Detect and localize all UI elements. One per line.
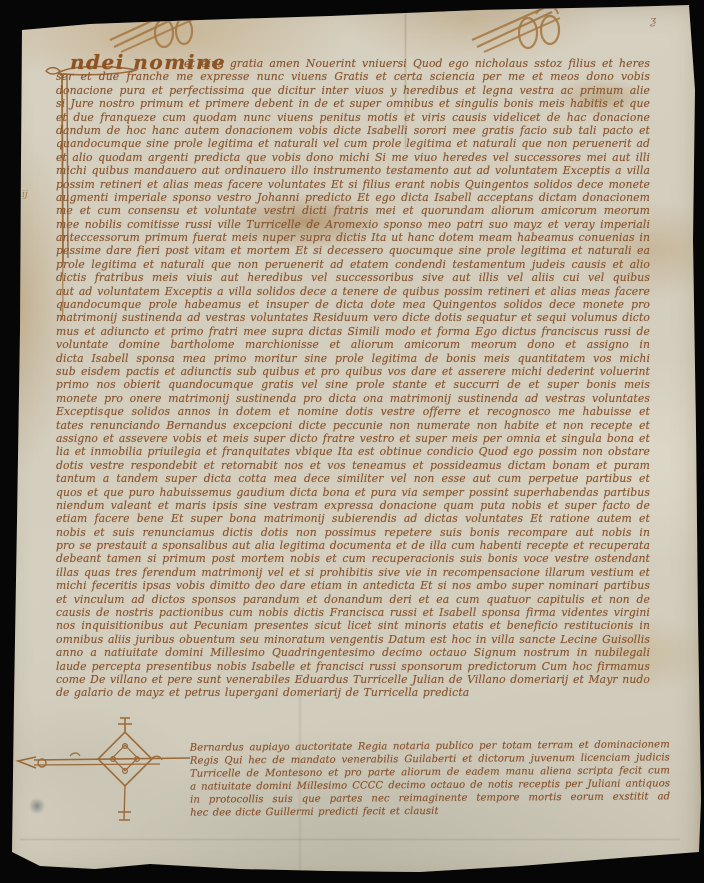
charter-text-line: dicta Isabell sponsa mea primo moritur s… — [56, 352, 650, 365]
charter-text-line: quandocumque sine prole legitima et natu… — [56, 137, 650, 150]
corner-annotation: ƺ — [650, 14, 656, 27]
charter-text-line: ser et due franche me expresse nunc viue… — [56, 70, 650, 83]
charter-text-line: nobis et suis renunciamus dictis dotis n… — [56, 526, 650, 539]
cancellation-mark-icon — [470, 2, 575, 54]
charter-text-line: me et cum consensu et voluntate vestri d… — [56, 204, 650, 217]
charter-text-line: dotis vestre respondebit et retornabit n… — [56, 459, 650, 472]
charter-text-block: et eius gratia amen Nouerint vniuersi Qu… — [56, 57, 650, 700]
charter-text-line: matrimonij sustinenda ad vestras volunta… — [56, 311, 650, 324]
charter-text-line: et eius gratia amen Nouerint vniuersi Qu… — [56, 57, 650, 70]
notarial-subscription-block: Bernardus aupiayo auctoritate Regia nota… — [190, 738, 671, 819]
charter-text-line: monete pro onere matrimonij sustinenda p… — [56, 392, 650, 405]
charter-text-line: mus et adiuncto et primo fratri mee supr… — [56, 325, 650, 338]
charter-text-line: come De villano et pere sunt venerabiles… — [56, 673, 650, 686]
charter-text-line: niendum valeant et maris ipsis sine vest… — [56, 499, 650, 512]
notarial-signum-icon — [10, 716, 205, 831]
photograph-background: ƺ ij ndei nomine et eius gratia amen Nou… — [0, 0, 704, 883]
charter-text-line: si Jure nostro primum et primere debent … — [56, 97, 650, 110]
charter-text-line: Exceptisque solidos annos in dotem et no… — [56, 405, 650, 418]
charter-text-line: assigno et assevere vobis et meis super … — [56, 432, 650, 445]
charter-text-line: quos et que puro habuissemus gaudium dic… — [56, 486, 650, 499]
charter-text-line: possim retineri et alias meas facere vol… — [56, 178, 650, 191]
parchment: ƺ ij ndei nomine et eius gratia amen Nou… — [0, 0, 704, 883]
subscription-text-line: hec dee dicte Guillermi predicti fecit e… — [190, 803, 670, 819]
charter-text-line: pro se prestauit a sponsalibus aut alia … — [56, 539, 650, 552]
charter-text-line: causis de nostris pactionibus cum nobis … — [56, 606, 650, 619]
charter-text-line: laude percepta presentibus nobis Isabell… — [56, 660, 650, 673]
charter-text-line: dictis fratribus meis viuis aut heredibu… — [56, 271, 650, 284]
charter-text-line: et vinculum ad dictos sponsos parandum e… — [56, 593, 650, 606]
charter-text-line: anno a natiuitate domini Millesimo Quadr… — [56, 646, 650, 659]
charter-text-line: debeant tamen si primum post mortem nobi… — [56, 552, 650, 565]
charter-text-line: omnibus aliis juribus obuentum seu minor… — [56, 633, 650, 646]
charter-text-line: aut ad voluntatem Exceptis a villa solid… — [56, 285, 650, 298]
charter-text-line: augmenti imperiale sponso vestro Johanni… — [56, 191, 650, 204]
charter-text-line: primo nos obierit quandocumque gratis ve… — [56, 378, 650, 391]
charter-text-line: voluntate domine bartholome marchionisse… — [56, 338, 650, 351]
charter-text-line: etiam facere bene Et super bona matrimon… — [56, 512, 650, 525]
charter-text-line: de galario de mayz et petrus lupergani d… — [56, 686, 650, 699]
charter-text-line: sub eisdem pactis et adiunctis sub quibu… — [56, 365, 650, 378]
charter-text-line: nos inquisitionibus aut Pecuniam present… — [56, 619, 650, 632]
charter-text-line: pessime dare fieri post vitam et mortem … — [56, 244, 650, 257]
charter-text-line: donacione pura et perfectissima que dici… — [56, 84, 650, 97]
charter-text-line: et due franqueze cum quodam nunc viuens … — [56, 111, 650, 124]
charter-text-line: quandocumque prole habeamus et insuper d… — [56, 298, 650, 311]
parchment-crease — [20, 838, 680, 841]
charter-text-line: tantum a tandem super dicta cotta mea de… — [56, 472, 650, 485]
charter-text-line: anteccessorum primum fuerat meis nuper s… — [56, 231, 650, 244]
charter-text-line: illas quas tres ferendum matrimonij vel … — [56, 566, 650, 579]
charter-text-line: michi feceritis ipsas vobis dimitto deo … — [56, 579, 650, 592]
charter-text-line: lia et inmobilia priuilegia et franquita… — [56, 445, 650, 458]
charter-text-line: tates renunciando Bernandus excepcioni d… — [56, 419, 650, 432]
charter-text-line: dandum de hoc hanc autem donacionem vobi… — [56, 124, 650, 137]
charter-text-line: michi quibus mandauero aut ordinauero il… — [56, 164, 650, 177]
charter-text-line: mee nobilis comitisse russi ville Turric… — [56, 218, 650, 231]
charter-text-line: prole legitima et naturali que non perue… — [56, 258, 650, 271]
cancellation-mark-icon — [108, 4, 208, 54]
charter-text-line: et alio quodam argenti predicta que vobi… — [56, 151, 650, 164]
margin-annotation: ij — [22, 190, 28, 200]
